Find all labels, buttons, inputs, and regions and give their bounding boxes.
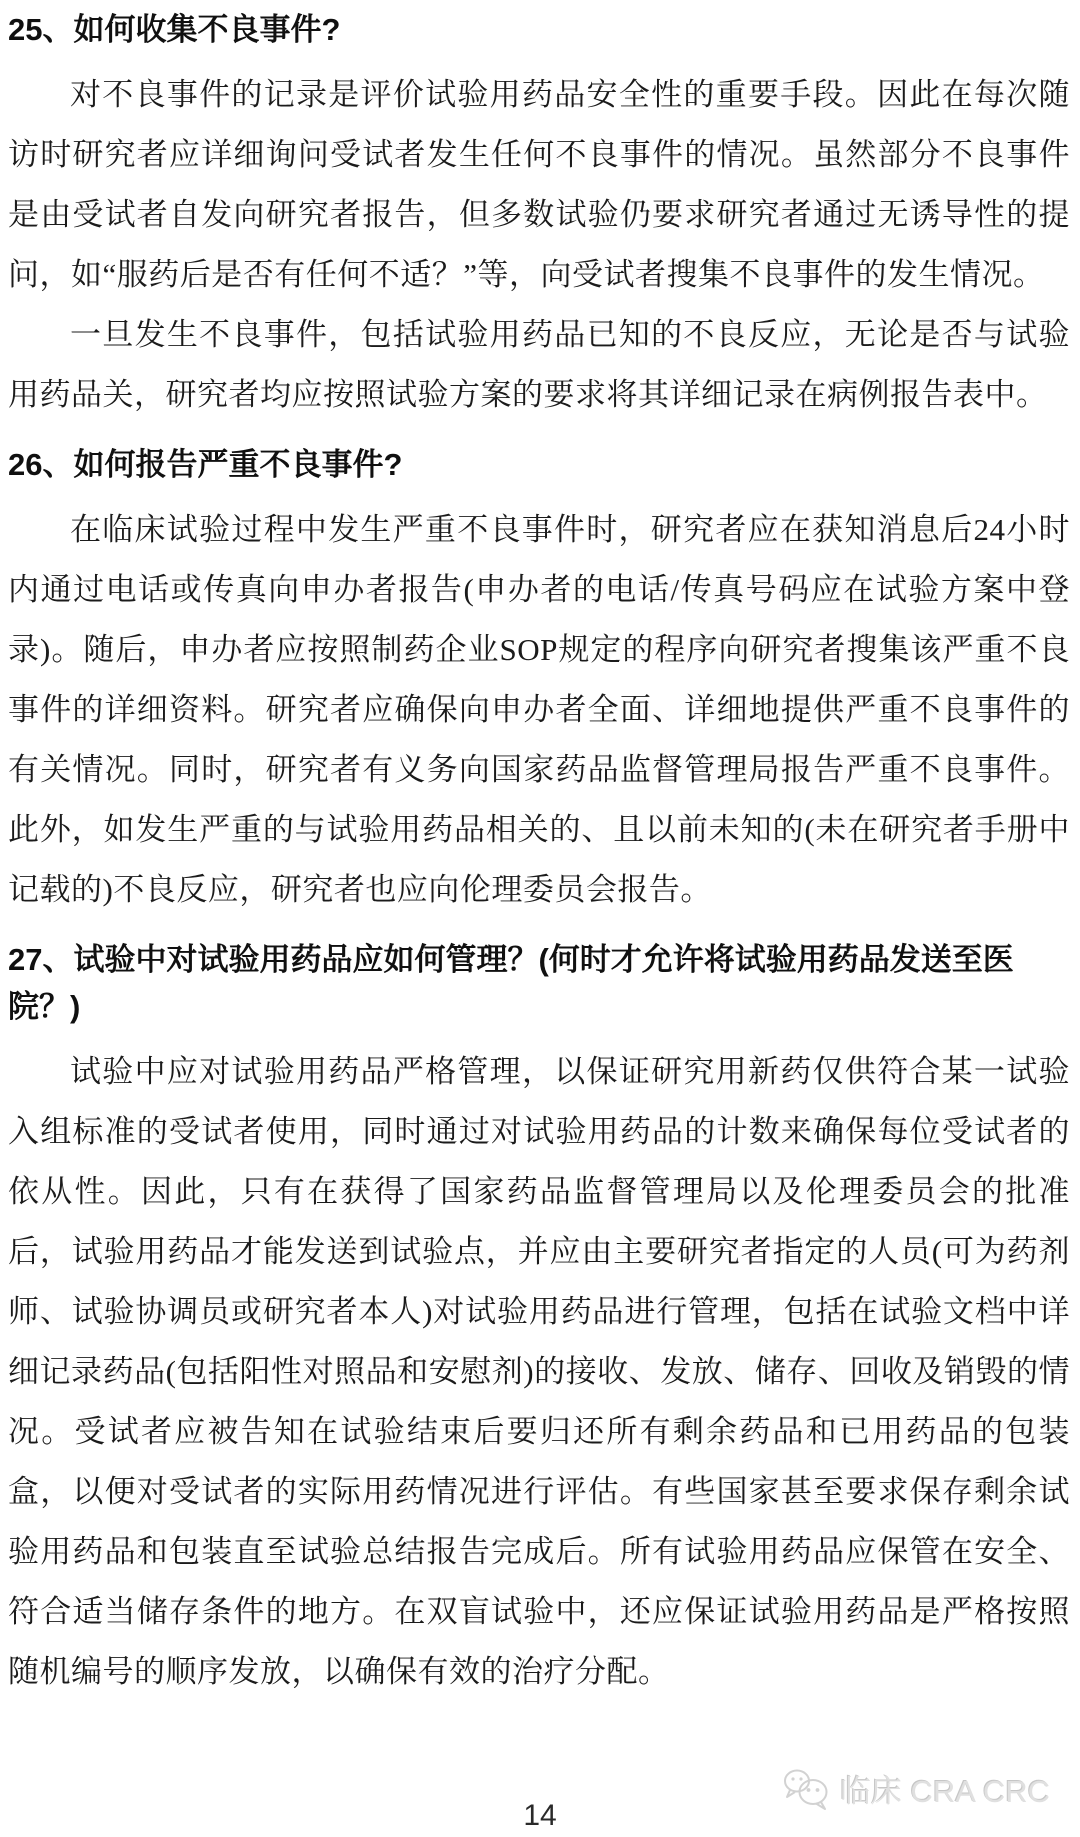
question-26-heading: 26、如何报告严重不良事件? — [8, 441, 1070, 488]
document-page: 25、如何收集不良事件? 对不良事件的记录是评价试验用药品安全性的重要手段。因此… — [0, 0, 1080, 1702]
question-25-heading: 25、如何收集不良事件? — [8, 6, 1070, 53]
q25-paragraph-2: 一旦发生不良事件，包括试验用药品已知的不良反应，无论是否与试验用药品关，研究者均… — [8, 305, 1070, 425]
question-27-heading: 27、试验中对试验用药品应如何管理？(何时才允许将试验用药品发送至医院？) — [8, 936, 1070, 1030]
section-q26: 26、如何报告严重不良事件? 在临床试验过程中发生严重不良事件时，研究者应在获知… — [8, 441, 1070, 920]
section-q25: 25、如何收集不良事件? 对不良事件的记录是评价试验用药品安全性的重要手段。因此… — [8, 6, 1070, 425]
q27-paragraph-1: 试验中应对试验用药品严格管理，以保证研究用新药仅供符合某一试验入组标准的受试者使… — [8, 1042, 1070, 1702]
section-q27: 27、试验中对试验用药品应如何管理？(何时才允许将试验用药品发送至医院？) 试验… — [8, 936, 1070, 1702]
q26-paragraph-1: 在临床试验过程中发生严重不良事件时，研究者应在获知消息后24小时内通过电话或传真… — [8, 500, 1070, 920]
page-number: 14 — [0, 1799, 1080, 1833]
q25-paragraph-1: 对不良事件的记录是评价试验用药品安全性的重要手段。因此在每次随访时研究者应详细询… — [8, 65, 1070, 305]
